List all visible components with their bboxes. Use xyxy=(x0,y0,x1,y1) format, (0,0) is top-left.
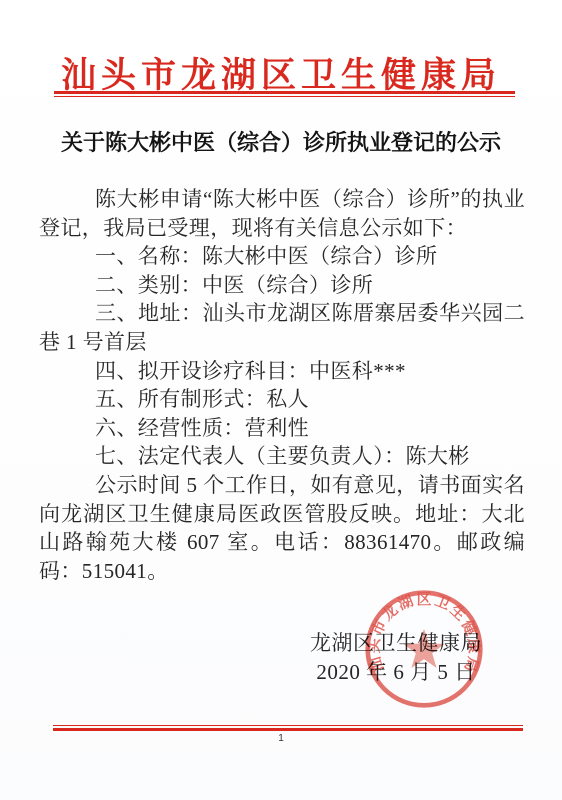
item-departments: 四、拟开设诊疗科目：中医科*** xyxy=(39,357,525,386)
item-name: 一、名称：陈大彬中医（综合）诊所 xyxy=(39,242,525,271)
star-icon xyxy=(404,629,445,668)
item-address: 三、地址：汕头市龙湖区陈厝寨居委华兴园二巷 1 号首层 xyxy=(39,299,525,356)
item-ownership: 五、所有制形式：私人 xyxy=(39,385,525,414)
closing-paragraph: 公示时间 5 个工作日，如有意见，请书面实名向龙湖区卫生健康局医政医管股反映。地… xyxy=(39,471,525,585)
page-number: 1 xyxy=(0,733,562,744)
letterhead-divider-rule xyxy=(54,91,515,97)
intro-paragraph: 陈大彬申请“陈大彬中医（综合）诊所”的执业登记，我局已受理，现将有关信息公示如下… xyxy=(39,185,525,242)
document-body: 陈大彬申请“陈大彬中医（综合）诊所”的执业登记，我局已受理，现将有关信息公示如下… xyxy=(39,185,525,585)
official-seal-stamp: 汕头市龙湖区卫生健康局 xyxy=(360,585,488,713)
document-title: 关于陈大彬中医（综合）诊所执业登记的公示 xyxy=(0,126,562,157)
item-operation-nature: 六、经营性质：营利性 xyxy=(39,414,525,443)
item-legal-representative: 七、法定代表人（主要负责人）：陈大彬 xyxy=(39,442,525,471)
footer-divider-rule xyxy=(53,725,523,731)
item-category: 二、类别：中医（综合）诊所 xyxy=(39,271,525,300)
scanned-document-page: 汕头市龙湖区卫生健康局 关于陈大彬中医（综合）诊所执业登记的公示 陈大彬申请“陈… xyxy=(0,0,562,800)
